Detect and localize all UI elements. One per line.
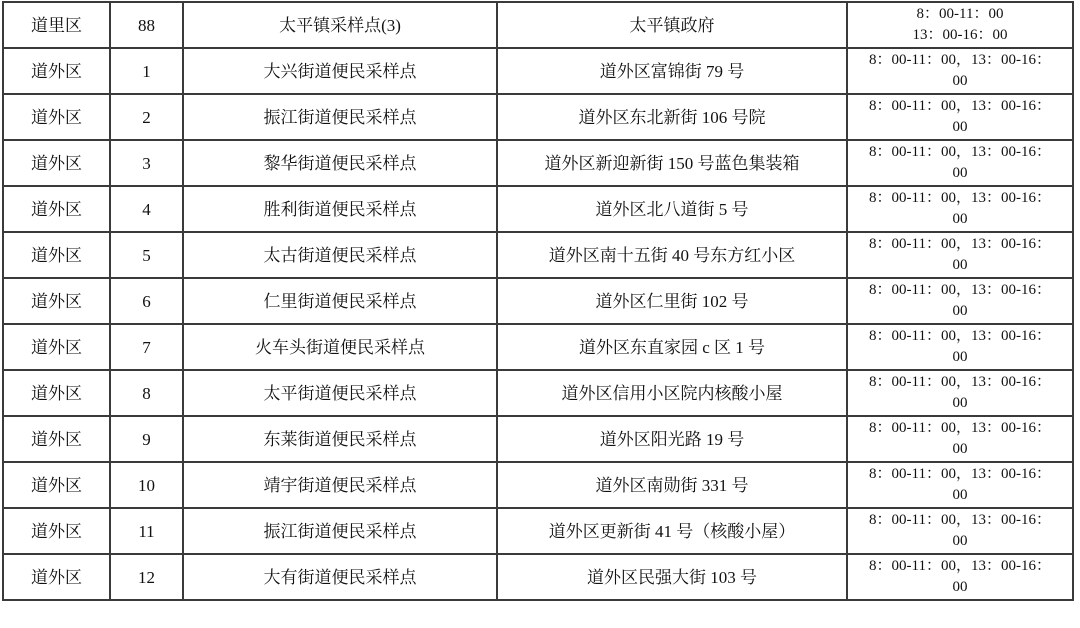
table-row: 道外区 11 振江街道便民采样点 道外区更新街 41 号（核酸小屋） 8：00-… xyxy=(3,508,1073,554)
cell-name: 胜利街道便民采样点 xyxy=(183,186,497,232)
cell-time: 8：00-11：00，13：00-16： 00 xyxy=(847,48,1073,94)
cell-district: 道外区 xyxy=(3,324,110,370)
cell-district: 道外区 xyxy=(3,278,110,324)
cell-number: 6 xyxy=(110,278,183,324)
table-row: 道外区 10 靖宇街道便民采样点 道外区南勋街 331 号 8：00-11：00… xyxy=(3,462,1073,508)
cell-district: 道外区 xyxy=(3,186,110,232)
table-row: 道外区 4 胜利街道便民采样点 道外区北八道街 5 号 8：00-11：00，1… xyxy=(3,186,1073,232)
cell-number: 10 xyxy=(110,462,183,508)
cell-address: 道外区民强大街 103 号 xyxy=(497,554,847,600)
cell-district: 道外区 xyxy=(3,370,110,416)
cell-address: 道外区东直家园 c 区 1 号 xyxy=(497,324,847,370)
table-row: 道外区 6 仁里街道便民采样点 道外区仁里街 102 号 8：00-11：00，… xyxy=(3,278,1073,324)
cell-address: 太平镇政府 xyxy=(497,2,847,48)
cell-number: 3 xyxy=(110,140,183,186)
table-row: 道外区 7 火车头街道便民采样点 道外区东直家园 c 区 1 号 8：00-11… xyxy=(3,324,1073,370)
cell-number: 5 xyxy=(110,232,183,278)
cell-address: 道外区信用小区院内核酸小屋 xyxy=(497,370,847,416)
cell-address: 道外区新迎新街 150 号蓝色集装箱 xyxy=(497,140,847,186)
cell-district: 道外区 xyxy=(3,416,110,462)
cell-address: 道外区仁里街 102 号 xyxy=(497,278,847,324)
cell-district: 道外区 xyxy=(3,232,110,278)
cell-name: 大有街道便民采样点 xyxy=(183,554,497,600)
cell-name: 太平镇采样点(3) xyxy=(183,2,497,48)
cell-number: 2 xyxy=(110,94,183,140)
cell-address: 道外区东北新街 106 号院 xyxy=(497,94,847,140)
cell-time: 8：00-11：00，13：00-16： 00 xyxy=(847,278,1073,324)
cell-time: 8：00-11：00，13：00-16： 00 xyxy=(847,462,1073,508)
cell-address: 道外区更新街 41 号（核酸小屋） xyxy=(497,508,847,554)
cell-name: 大兴街道便民采样点 xyxy=(183,48,497,94)
cell-number: 9 xyxy=(110,416,183,462)
cell-name: 振江街道便民采样点 xyxy=(183,508,497,554)
cell-time: 8：00-11：00，13：00-16： 00 xyxy=(847,140,1073,186)
cell-name: 东莱街道便民采样点 xyxy=(183,416,497,462)
cell-time: 8：00-11：00，13：00-16： 00 xyxy=(847,416,1073,462)
cell-time: 8：00-11：00，13：00-16： 00 xyxy=(847,324,1073,370)
cell-name: 仁里街道便民采样点 xyxy=(183,278,497,324)
cell-time: 8：00-11：00，13：00-16： 00 xyxy=(847,554,1073,600)
cell-district: 道外区 xyxy=(3,462,110,508)
cell-name: 振江街道便民采样点 xyxy=(183,94,497,140)
cell-time: 8：00-11：00，13：00-16： 00 xyxy=(847,94,1073,140)
table-row: 道外区 3 黎华街道便民采样点 道外区新迎新街 150 号蓝色集装箱 8：00-… xyxy=(3,140,1073,186)
cell-name: 太古街道便民采样点 xyxy=(183,232,497,278)
table-row: 道外区 2 振江街道便民采样点 道外区东北新街 106 号院 8：00-11：0… xyxy=(3,94,1073,140)
cell-time: 8：00-11：00，13：00-16： 00 xyxy=(847,370,1073,416)
cell-time: 8：00-11：00，13：00-16： 00 xyxy=(847,186,1073,232)
cell-time: 8：00-11：00 13：00-16：00 xyxy=(847,2,1073,48)
cell-number: 8 xyxy=(110,370,183,416)
cell-district: 道外区 xyxy=(3,140,110,186)
cell-address: 道外区南勋街 331 号 xyxy=(497,462,847,508)
cell-district: 道外区 xyxy=(3,48,110,94)
cell-name: 靖宇街道便民采样点 xyxy=(183,462,497,508)
cell-address: 道外区阳光路 19 号 xyxy=(497,416,847,462)
table-row: 道外区 8 太平街道便民采样点 道外区信用小区院内核酸小屋 8：00-11：00… xyxy=(3,370,1073,416)
cell-district: 道外区 xyxy=(3,94,110,140)
cell-district: 道里区 xyxy=(3,2,110,48)
cell-name: 火车头街道便民采样点 xyxy=(183,324,497,370)
cell-district: 道外区 xyxy=(3,554,110,600)
cell-address: 道外区南十五街 40 号东方红小区 xyxy=(497,232,847,278)
cell-address: 道外区北八道街 5 号 xyxy=(497,186,847,232)
cell-number: 4 xyxy=(110,186,183,232)
table-row: 道外区 12 大有街道便民采样点 道外区民强大街 103 号 8：00-11：0… xyxy=(3,554,1073,600)
table-row: 道外区 1 大兴街道便民采样点 道外区富锦街 79 号 8：00-11：00，1… xyxy=(3,48,1073,94)
table-row: 道外区 9 东莱街道便民采样点 道外区阳光路 19 号 8：00-11：00，1… xyxy=(3,416,1073,462)
document-page: 道里区 88 太平镇采样点(3) 太平镇政府 8：00-11：00 13：00-… xyxy=(0,0,1080,628)
cell-number: 88 xyxy=(110,2,183,48)
cell-number: 12 xyxy=(110,554,183,600)
cell-name: 太平街道便民采样点 xyxy=(183,370,497,416)
table-row: 道里区 88 太平镇采样点(3) 太平镇政府 8：00-11：00 13：00-… xyxy=(3,2,1073,48)
cell-time: 8：00-11：00，13：00-16： 00 xyxy=(847,508,1073,554)
cell-name: 黎华街道便民采样点 xyxy=(183,140,497,186)
sampling-points-table: 道里区 88 太平镇采样点(3) 太平镇政府 8：00-11：00 13：00-… xyxy=(2,1,1074,601)
cell-district: 道外区 xyxy=(3,508,110,554)
cell-number: 7 xyxy=(110,324,183,370)
cell-number: 1 xyxy=(110,48,183,94)
cell-time: 8：00-11：00，13：00-16： 00 xyxy=(847,232,1073,278)
table-row: 道外区 5 太古街道便民采样点 道外区南十五街 40 号东方红小区 8：00-1… xyxy=(3,232,1073,278)
cell-number: 11 xyxy=(110,508,183,554)
cell-address: 道外区富锦街 79 号 xyxy=(497,48,847,94)
